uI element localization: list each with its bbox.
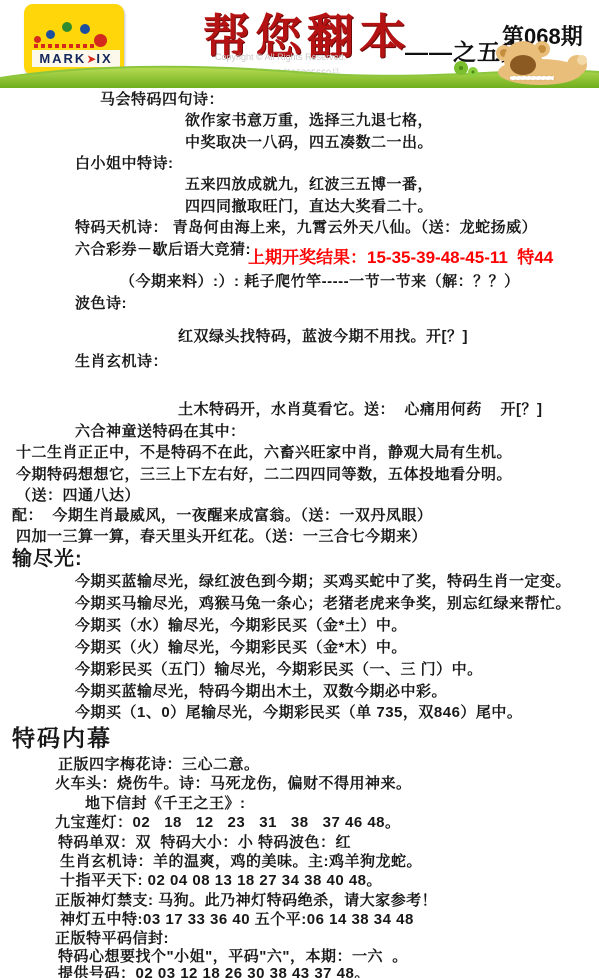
section-label-baixiaojie: 白小姐中特诗: (75, 152, 174, 173)
section-label-shentong: 六合神童送特码在其中： (75, 420, 246, 441)
shentong-line: 今期特码想想它，三三上下左右好，二二四四同等数，五体投地看分明。 (16, 463, 512, 484)
shujinguang-line: 今期买（火）输尽光，今期彩民买（金*木）中。 (75, 636, 407, 657)
bose-poem-line: 红双绿头找特码，蓝波今期不用找。开[？] (178, 325, 468, 346)
logo-dot-red-small (34, 36, 41, 43)
shengxiao-poem-line: 土木特码开，水肖莫看它。送： 心痛用何药 开[？] (178, 398, 543, 419)
shujinguang-line: 今期买蓝输尽光，特码今期出木土，双数今期必中彩。 (75, 680, 447, 701)
shizhi-numbers: 十指平天下: 02 04 08 13 18 27 34 38 40 48。 (60, 869, 382, 890)
poem-line: 五来四放成就九，红波三五博一番， (185, 173, 433, 194)
tema-danshuang-line: 特码单双：双 特码大小：小 特码波色：红 (58, 831, 351, 852)
tigong-numbers: 提供号码：02 03 12 18 26 30 38 43 37 48。 (58, 962, 370, 978)
watermark-copyright: Copyright © All Rights Reserved. (215, 52, 346, 62)
shujinguang-line: 今期买（水）输尽光，今期彩民买（金*土）中。 (75, 614, 407, 635)
heading-temaneimu: 特码内幕 (12, 720, 112, 753)
dixia-xinfeng-line: 地下信封《千王之王》: (85, 792, 246, 813)
tianji-poem-line: 特码天机诗： 青岛何由海上来，九霄云外天八仙。（送：龙蛇扬威） (75, 216, 537, 237)
shujinguang-line: 今期买蓝输尽光，绿红波色到今期；买鸡买蛇中了奖，特码生肖一定变。 (75, 570, 571, 591)
shengxiao-xuanji-line: 生肖玄机诗：羊的温爽，鸡的美味。主:鸡羊狗龙蛇。 (60, 850, 422, 871)
poem-line: 四四同撤取旺门，直达大奖看二十。 (185, 195, 433, 216)
laiLiao-line: （今期来料）:）: 耗子爬竹竿-----一节一节来（解：？？） (120, 270, 520, 291)
shentong-line: （送：四通八达） (16, 484, 140, 505)
shendeng-jinzhi-line: 正版神灯禁支: 马狗。此乃神灯特码绝杀，请大家参考！ (55, 889, 437, 910)
shujinguang-line: 今期买马输尽光，鸡猴马兔一条心；老猪老虎来争奖，别忘红绿来帮忙。 (75, 592, 571, 613)
poem-line: 欲作家书意万重，选择三九退七格， (185, 109, 433, 130)
logo-dot-blue2 (80, 24, 90, 34)
section-label-bose-poem: 波色诗: (75, 292, 127, 313)
shujinguang-line: 今期彩民买（五门）输尽光，今期彩民买（一、三 门）中。 (75, 658, 483, 679)
shujinguang-line: 今期买（1、0）尾输尽光，今期彩民买（单 735，双846）尾中。 (75, 701, 522, 722)
logo-ticks-decoration (34, 44, 96, 48)
logo-dot-green (62, 22, 72, 32)
sleeping-bear-icon (474, 40, 596, 86)
section-label-shengxiao: 生肖玄机诗： (75, 350, 168, 371)
huochetou-line: 火车头：烧伤牛。诗：马死龙伤，偏财不得用神来。 (55, 772, 412, 793)
pei-line: 配： 今期生肖最威风，一夜醒来成富翁。（送：一双丹凤眼） (12, 504, 432, 525)
jiubaoliandeng-numbers: 九宝莲灯：02 18 12 23 31 38 37 46 48。 (55, 811, 401, 832)
poem-line: 中奖取决一八码，四五凑数二一出。 (185, 131, 433, 152)
page: MARK➤IX 帮您翻本 ——之五鬼 第068期 Copyright © All… (0, 0, 599, 978)
meihua-poem-line: 正版四字梅花诗：三心二意。 (58, 753, 260, 774)
heading-shujinguang: 输尽光: (12, 542, 83, 571)
last-draw-result: 上期开奖结果：15-35-39-48-45-11 特44 (248, 243, 553, 268)
shendeng-numbers: 神灯五中特:03 17 33 36 40 五个平:06 14 38 34 48 (60, 908, 414, 929)
section-label-mahui-poem: 马会特码四句诗： (100, 88, 224, 109)
logo-dot-blue (46, 30, 55, 39)
section-label-xiehouyu: 六合彩券－歇后语大竞猜: (75, 238, 251, 259)
shentong-line: 十二生肖正正中，不是特码不在此，六畜兴旺家中肖，静观大局有生机。 (16, 441, 512, 462)
